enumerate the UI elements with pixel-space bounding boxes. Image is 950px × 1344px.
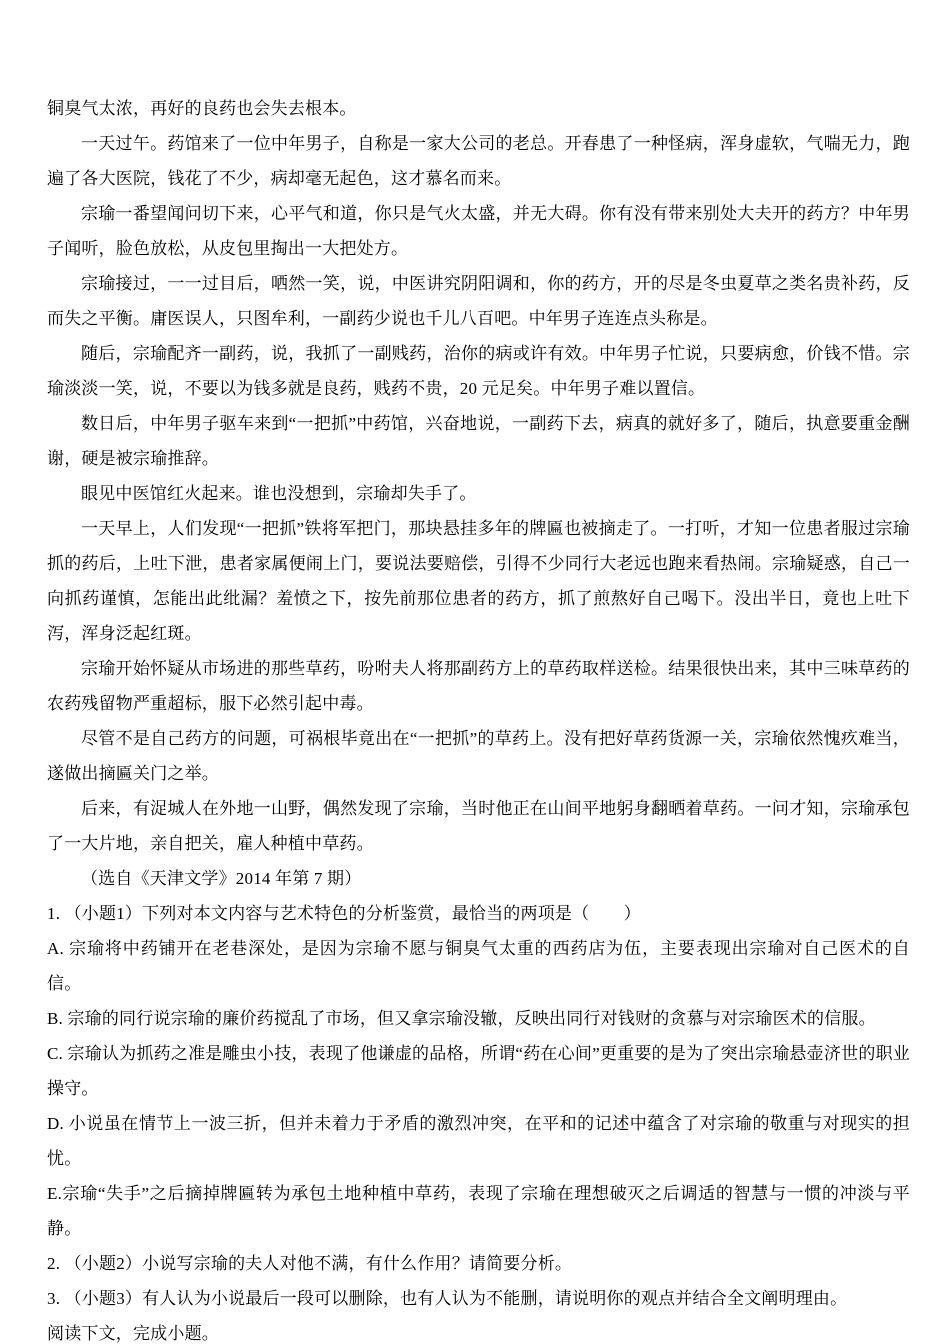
text-body: 铜臭气太浓，再好的良药也会失去根本。一天过午。药馆来了一位中年男子，自称是一家大… bbox=[47, 91, 910, 1344]
story-paragraph: 宗瑜开始怀疑从市场进的那些草药，吩咐夫人将那副药方上的草药取样送检。结果很快出来… bbox=[47, 651, 910, 721]
story-paragraph: 随后，宗瑜配齐一副药，说，我抓了一副贱药，治你的病或许有效。中年男子忙说，只要病… bbox=[47, 336, 910, 406]
option-paragraph: B. 宗瑜的同行说宗瑜的廉价药搅乱了市场，但又拿宗瑜没辙，反映出同行对钱财的贪慕… bbox=[47, 1001, 910, 1036]
story-paragraph: 宗瑜一番望闻问切下来，心平气和道，你只是气火太盛，并无大碍。你有没有带来别处大夫… bbox=[47, 196, 910, 266]
question-paragraph: 1. （小题1）下列对本文内容与艺术特色的分析鉴赏，最恰当的两项是（ ） bbox=[47, 896, 910, 931]
story-paragraph: 一天早上，人们发现“一把抓”铁将军把门，那块悬挂多年的牌匾也被摘走了。一打听，才… bbox=[47, 511, 910, 651]
question-paragraph: 3. （小题3）有人认为小说最后一段可以删除，也有人认为不能删，请说明你的观点并… bbox=[47, 1281, 910, 1316]
question-paragraph: 2. （小题2）小说写宗瑜的夫人对他不满，有什么作用？请简要分析。 bbox=[47, 1246, 910, 1281]
option-paragraph: E.宗瑜“失手”之后摘掉牌匾转为承包土地种植中草药，表现了宗瑜在理想破灭之后调适… bbox=[47, 1176, 910, 1246]
story-paragraph: 一天过午。药馆来了一位中年男子，自称是一家大公司的老总。开春患了一种怪病，浑身虚… bbox=[47, 126, 910, 196]
option-paragraph: C. 宗瑜认为抓药之准是雕虫小技，表现了他谦虚的品格，所谓“药在心间”更重要的是… bbox=[47, 1036, 910, 1106]
option-paragraph: A. 宗瑜将中药铺开在老巷深处，是因为宗瑜不愿与铜臭气太重的西药店为伍，主要表现… bbox=[47, 931, 910, 1001]
story-paragraph: 铜臭气太浓，再好的良药也会失去根本。 bbox=[47, 91, 910, 126]
document-page: 铜臭气太浓，再好的良药也会失去根本。一天过午。药馆来了一位中年男子，自称是一家大… bbox=[0, 0, 950, 1344]
story-paragraph: 宗瑜接过，一一过目后，哂然一笑，说，中医讲究阴阳调和，你的药方，开的尽是冬虫夏草… bbox=[47, 266, 910, 336]
story-paragraph: 数日后，中年男子驱车来到“一把抓”中药馆，兴奋地说，一副药下去，病真的就好多了，… bbox=[47, 406, 910, 476]
story-paragraph: 眼见中医馆红火起来。谁也没想到，宗瑜却失手了。 bbox=[47, 476, 910, 511]
prompt-paragraph: 阅读下文，完成小题。 bbox=[47, 1316, 910, 1344]
story-paragraph: 尽管不是自己药方的问题，可祸根毕竟出在“一把抓”的草药上。没有把好草药货源一关，… bbox=[47, 721, 910, 791]
source-paragraph: （选自《天津文学》2014 年第 7 期） bbox=[47, 861, 910, 896]
option-paragraph: D. 小说虽在情节上一波三折，但并未着力于矛盾的激烈冲突，在平和的记述中蕴含了对… bbox=[47, 1106, 910, 1176]
story-paragraph: 后来，有浞城人在外地一山野，偶然发现了宗瑜，当时他正在山间平地躬身翻晒着草药。一… bbox=[47, 791, 910, 861]
